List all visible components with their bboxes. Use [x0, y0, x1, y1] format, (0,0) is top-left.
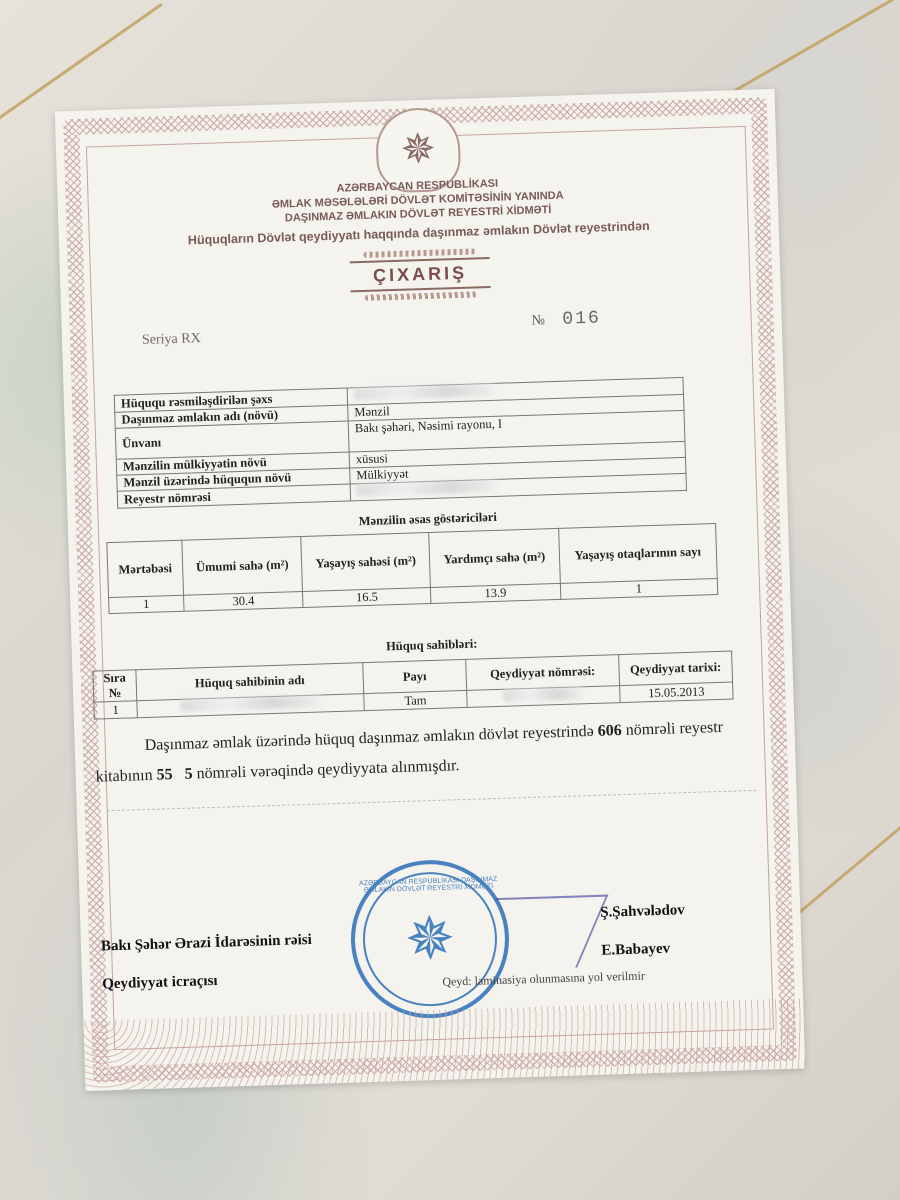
document-number: № 016 [531, 309, 601, 331]
column-header: Mərtəbəsi [107, 540, 184, 597]
registry-extract-document: ✵ AZƏRBAYCAN RESPUBLİKASI ƏMLAK MƏSƏLƏLƏ… [55, 89, 805, 1091]
column-header: Payı [363, 659, 467, 693]
decorative-cord [0, 3, 163, 120]
clerk-name: E.Babayev [601, 941, 670, 960]
cell: 1 [94, 701, 138, 719]
book-number: 606 [597, 722, 622, 740]
number-value: 016 [562, 309, 601, 330]
star-emblem-icon: ✵ [400, 129, 437, 172]
column-header: Qeydiyyat nömrəsi: [466, 655, 620, 691]
column-header: Yaşayış otaqlarının sayı [558, 523, 717, 583]
document-title: ÇIXARIŞ [350, 262, 491, 287]
cell: Tam [364, 690, 467, 710]
decorative-cord [798, 809, 900, 914]
number-sign: № [531, 313, 545, 328]
cell: 13.9 [431, 583, 561, 603]
document-title-block: ÇIXARIŞ [349, 248, 490, 301]
head-name: Ş.Şahvələdov [600, 902, 685, 922]
redacted-value [180, 695, 320, 711]
cell: 30.4 [184, 591, 304, 611]
star-emblem-icon: ✵ [404, 908, 456, 970]
cell: 16.5 [303, 587, 431, 607]
column-header: Sıra № [93, 670, 137, 702]
redacted-value [354, 384, 494, 400]
redacted-value [503, 687, 583, 702]
page-number: 5 [184, 766, 193, 783]
series-label: Seriya RX [142, 331, 201, 349]
column-header: Yaşayış sahəsi (m²) [301, 533, 431, 592]
clerk-title: Qeydiyyat icraçısı [102, 973, 218, 994]
cell: 15.05.2013 [620, 682, 733, 703]
page-number: 55 [156, 766, 173, 783]
property-info-table: Hüququ rəsmiləşdirilən şəxs Daşınmaz əml… [114, 377, 687, 509]
column-header: Yardımçı sahə (m²) [429, 528, 560, 587]
column-header: Qeydiyyat tarixi: [619, 651, 733, 686]
statement-text: nömrəli vərəqində qeydiyyata alınmışdır. [196, 757, 459, 782]
column-header: Ümumi sahə (m²) [182, 537, 303, 596]
cell: 1 [109, 595, 184, 613]
